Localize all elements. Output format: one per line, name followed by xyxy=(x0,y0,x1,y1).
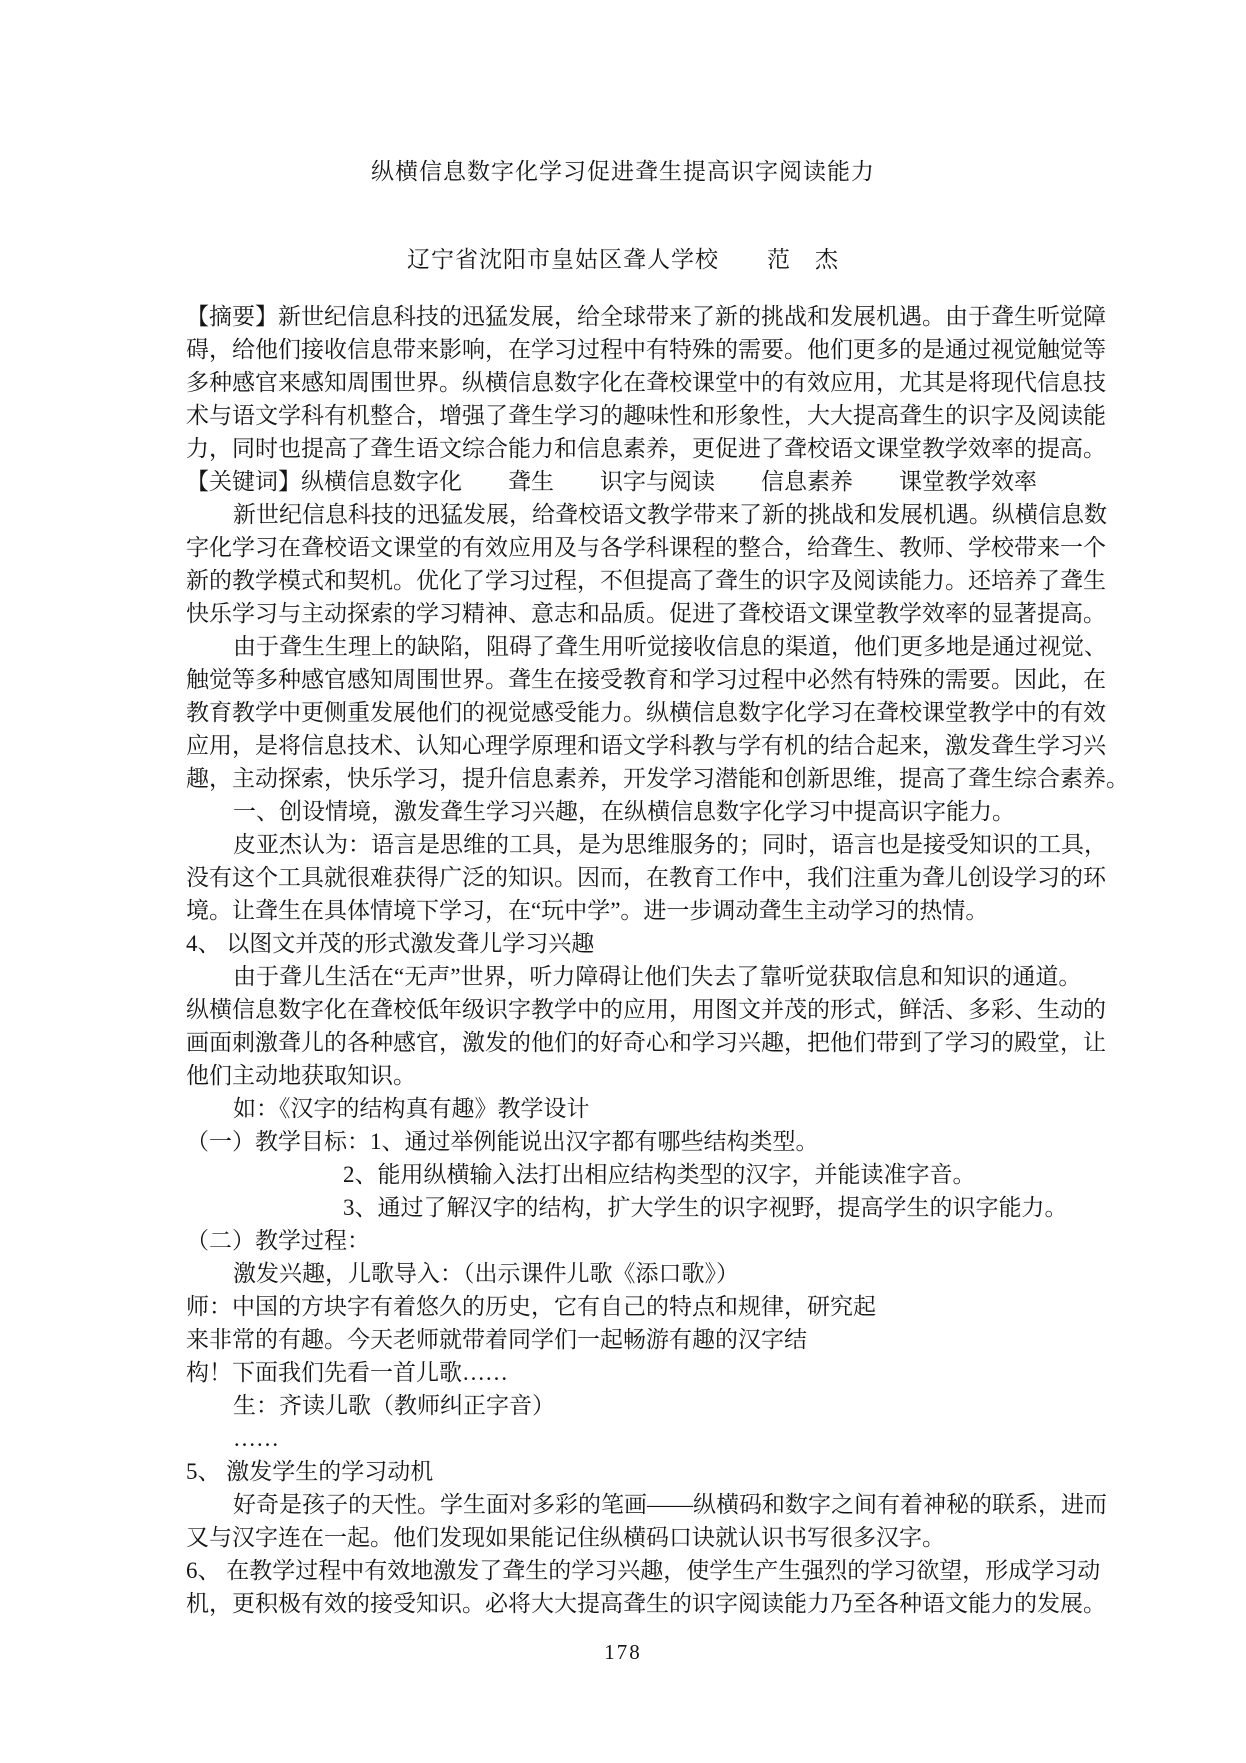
page-number: 178 xyxy=(0,1640,1246,1665)
text-line: 纵横信息数字化在聋校低年级识字教学中的应用，用图文并茂的形式，鲜活、多彩、生动的 xyxy=(186,993,1116,1026)
text-line: 术与语文学科有机整合，增强了聋生学习的趣味性和形象性，大大提高聋生的识字及阅读能 xyxy=(186,399,1116,432)
text-line: 师：中国的方块字有着悠久的历史，它有自己的特点和规律，研究起 xyxy=(186,1290,1116,1323)
text-line: 没有这个工具就很难获得广泛的知识。因而，在教育工作中，我们注重为聋儿创设学习的环 xyxy=(186,861,1116,894)
text-line: 他们主动地获取知识。 xyxy=(186,1059,1116,1092)
text-line: 激发兴趣，儿歌导入：（出示课件儿歌《添口歌》） xyxy=(186,1257,1116,1290)
text-line: 多种感官来感知周围世界。纵横信息数字化在聋校课堂中的有效应用，尤其是将现代信息技 xyxy=(186,366,1116,399)
text-line: 由于聋生生理上的缺陷，阻碍了聋生用听觉接收信息的渠道，他们更多地是通过视觉、 xyxy=(186,630,1116,663)
text-line: 一、创设情境，激发聋生学习兴趣，在纵横信息数字化学习中提高识字能力。 xyxy=(186,795,1116,828)
text-line: 应用，是将信息技术、认知心理学原理和语文学科教与学有机的结合起来，激发聋生学习兴 xyxy=(186,729,1116,762)
author-line: 辽宁省沈阳市皇姑区聋人学校 范 杰 xyxy=(0,241,1246,274)
text-line: 趣，主动探索，快乐学习，提升信息素养，开发学习潜能和创新思维，提高了聋生综合素养… xyxy=(186,762,1116,795)
text-line: 力，同时也提高了聋生语文综合能力和信息素养，更促进了聋校语文课堂教学效率的提高。 xyxy=(186,432,1116,465)
text-line: 碍，给他们接收信息带来影响，在学习过程中有特殊的需要。他们更多的是通过视觉触觉等 xyxy=(186,333,1116,366)
text-line: 新的教学模式和契机。优化了学习过程，不但提高了聋生的识字及阅读能力。还培养了聋生 xyxy=(186,564,1116,597)
text-line: 【关键词】纵横信息数字化 聋生 识字与阅读 信息素养 课堂教学效率 xyxy=(186,465,1116,498)
page-title: 纵横信息数字化学习促进聋生提高识字阅读能力 xyxy=(0,153,1246,186)
text-line: 构！下面我们先看一首儿歌…… xyxy=(186,1356,1116,1389)
text-line: 新世纪信息科技的迅猛发展，给聋校语文教学带来了新的挑战和发展机遇。纵横信息数 xyxy=(186,498,1116,531)
text-line: …… xyxy=(186,1422,1116,1455)
text-line: 皮亚杰认为：语言是思维的工具，是为思维服务的；同时，语言也是接受知识的工具， xyxy=(186,828,1116,861)
text-line: 触觉等多种感官感知周围世界。聋生在接受教育和学习过程中必然有特殊的需要。因此，在 xyxy=(186,663,1116,696)
text-line: 字化学习在聋校语文课堂的有效应用及与各学科课程的整合，给聋生、教师、学校带来一个 xyxy=(186,531,1116,564)
text-line: 好奇是孩子的天性。学生面对多彩的笔画——纵横码和数字之间有着神秘的联系，进而 xyxy=(186,1488,1116,1521)
text-line: 3、通过了解汉字的结构，扩大学生的识字视野，提高学生的识字能力。 xyxy=(186,1191,1116,1224)
text-line: 机，更积极有效的接受知识。必将大大提高聋生的识字阅读能力乃至各种语文能力的发展。 xyxy=(186,1587,1116,1620)
text-line: 生：齐读儿歌（教师纠正字音） xyxy=(186,1389,1116,1422)
text-line: 又与汉字连在一起。他们发现如果能记住纵横码口诀就认识书写很多汉字。 xyxy=(186,1521,1116,1554)
text-line: 由于聋儿生活在“无声”世界，听力障碍让他们失去了靠听觉获取信息和知识的通道。 xyxy=(186,960,1116,993)
text-line: 5、 激发学生的学习动机 xyxy=(186,1455,1116,1488)
text-line: 快乐学习与主动探索的学习精神、意志和品质。促进了聋校语文课堂教学效率的显著提高。 xyxy=(186,597,1116,630)
text-line: 4、 以图文并茂的形式激发聋儿学习兴趣 xyxy=(186,927,1116,960)
body-text: 【摘要】新世纪信息科技的迅猛发展，给全球带来了新的挑战和发展机遇。由于聋生听觉障… xyxy=(186,300,1116,1620)
document-page: 纵横信息数字化学习促进聋生提高识字阅读能力 辽宁省沈阳市皇姑区聋人学校 范 杰 … xyxy=(0,0,1246,1763)
text-line: 境。让聋生在具体情境下学习，在“玩中学”。进一步调动聋生主动学习的热情。 xyxy=(186,894,1116,927)
text-line: 6、 在教学过程中有效地激发了聋生的学习兴趣，使学生产生强烈的学习欲望，形成学习… xyxy=(186,1554,1116,1587)
text-line: 画面刺激聋儿的各种感官，激发的他们的好奇心和学习兴趣，把他们带到了学习的殿堂，让 xyxy=(186,1026,1116,1059)
text-line: （二）教学过程： xyxy=(186,1224,1116,1257)
text-line: 2、能用纵横输入法打出相应结构类型的汉字，并能读准字音。 xyxy=(186,1158,1116,1191)
text-line: 教育教学中更侧重发展他们的视觉感受能力。纵横信息数字化学习在聋校课堂教学中的有效 xyxy=(186,696,1116,729)
text-line: （一）教学目标：1、通过举例能说出汉字都有哪些结构类型。 xyxy=(186,1125,1116,1158)
text-line: 如：《汉字的结构真有趣》教学设计 xyxy=(186,1092,1116,1125)
text-line: 来非常的有趣。今天老师就带着同学们一起畅游有趣的汉字结 xyxy=(186,1323,1116,1356)
text-line: 【摘要】新世纪信息科技的迅猛发展，给全球带来了新的挑战和发展机遇。由于聋生听觉障 xyxy=(186,300,1116,333)
